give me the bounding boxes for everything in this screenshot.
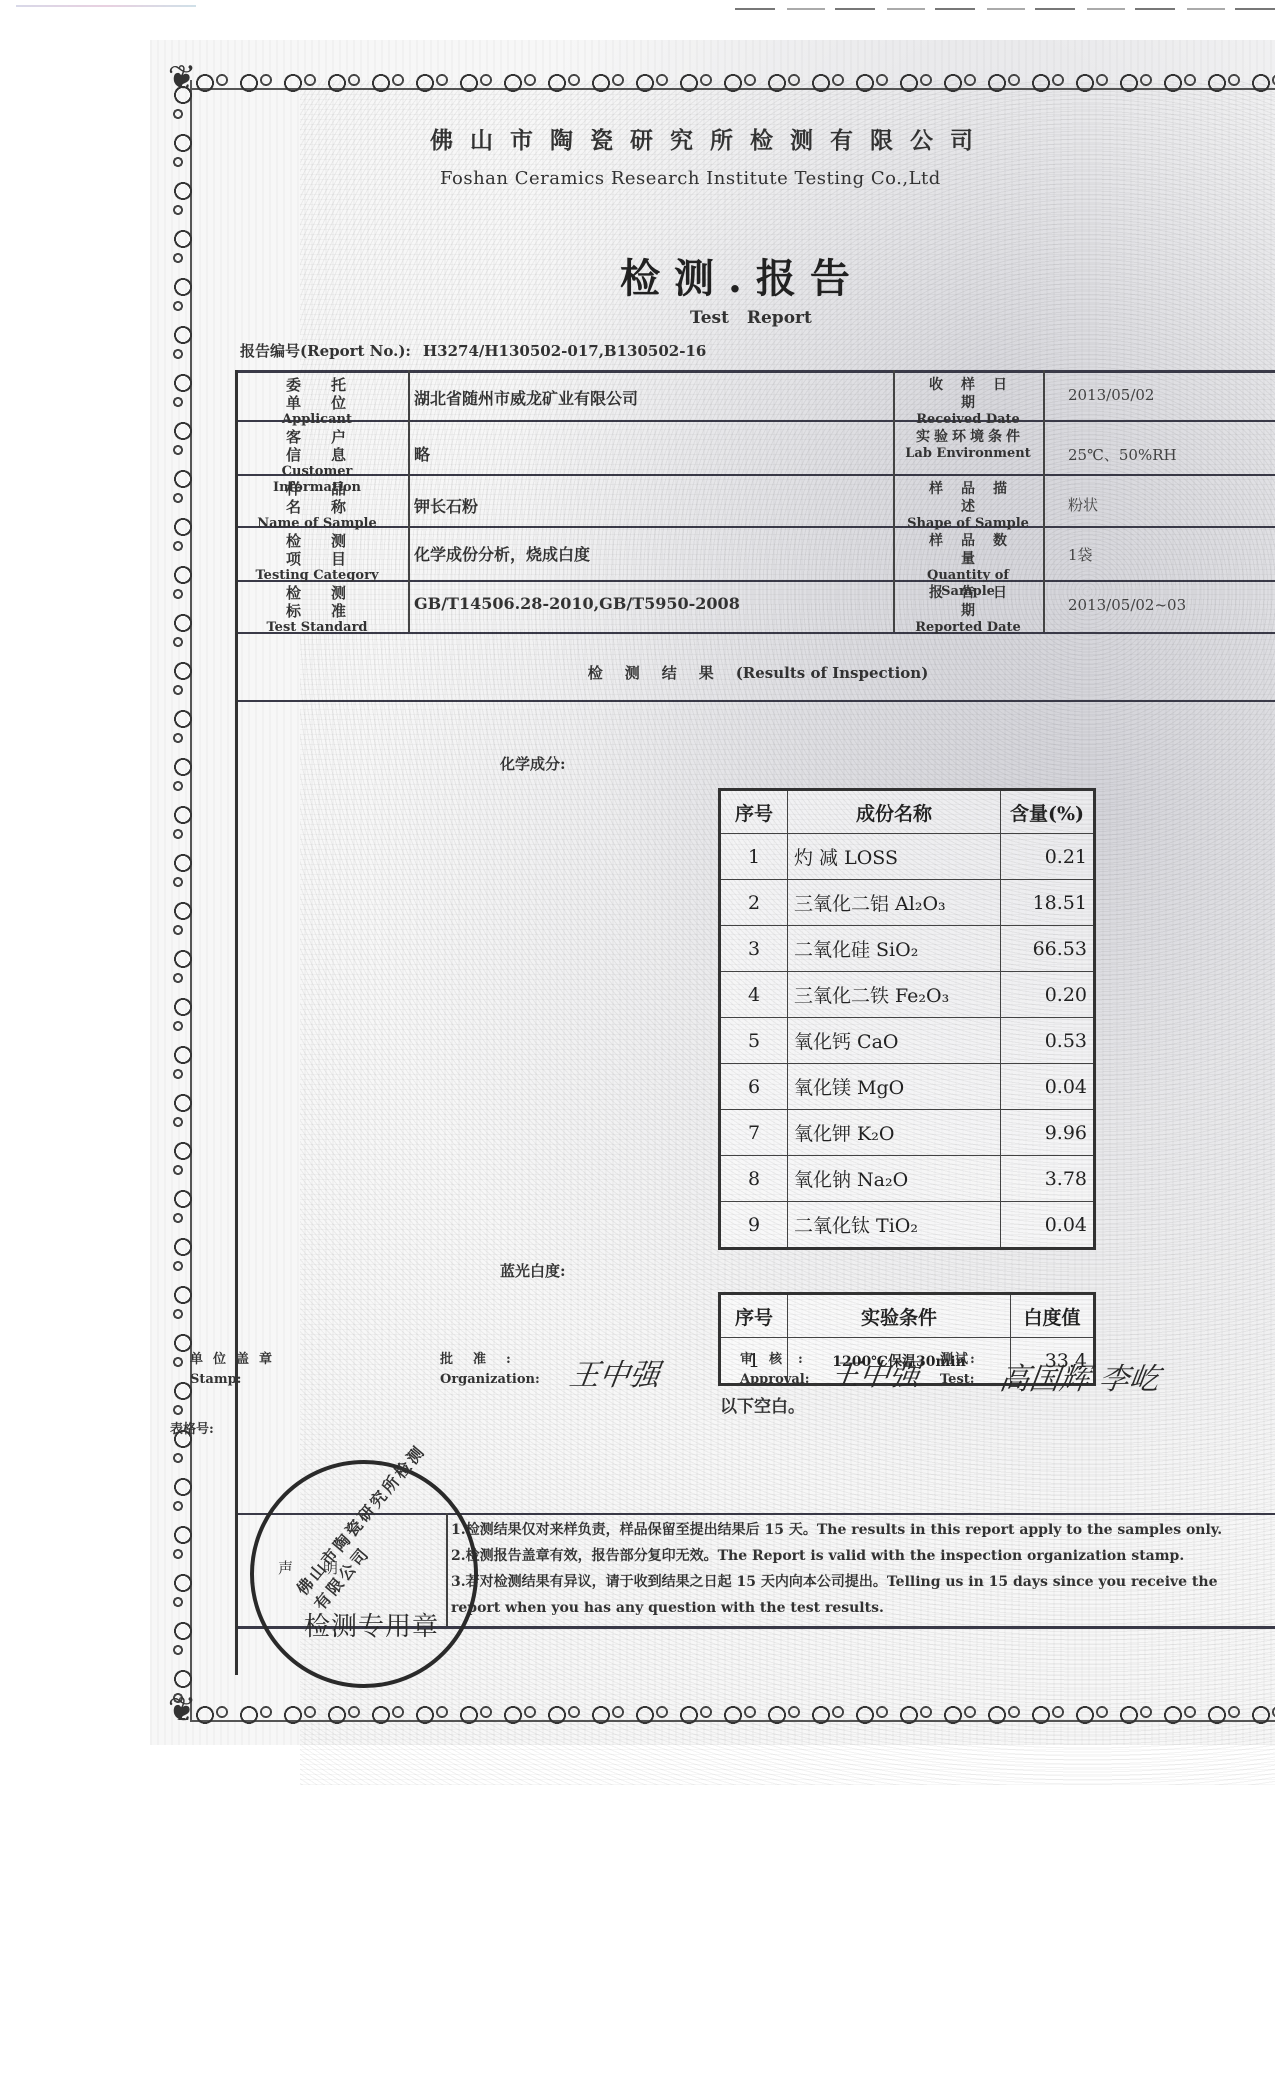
approval-label: 审核:Approval: [740, 1350, 819, 1390]
sample-name-value: 钾长石粉 [414, 494, 478, 517]
results-heading: 检测结果(Results of Inspection) [238, 662, 1275, 683]
component-name: 二氧化钛 TiO₂ [788, 1202, 1001, 1249]
content-value: 18.51 [1001, 880, 1095, 926]
sample-quantity-value: 1袋 [1068, 544, 1093, 565]
row-number: 4 [720, 972, 788, 1018]
testing-category-value: 化学成份分析，烧成白度 [414, 542, 590, 565]
column-header-component: 成份名称 [788, 790, 1001, 834]
content-value: 0.20 [1001, 972, 1095, 1018]
content-value: 0.21 [1001, 834, 1095, 880]
form-number-label: 表格号: [170, 1418, 214, 1437]
table-row: 2三氧化二铝 Al₂O₃18.51 [720, 880, 1095, 926]
chemical-composition-label: 化学成分: [500, 753, 566, 774]
row-number: 7 [720, 1110, 788, 1156]
row-number: 5 [720, 1018, 788, 1064]
declaration-line: 3.若对检测结果有异议，请于收到结果之日起 15 天内向本公司提出。Tellin… [451, 1569, 1275, 1595]
approval-signature: 王中强 [827, 1350, 923, 1394]
scan-artifact [16, 5, 196, 7]
sample-shape-value: 粉状 [1068, 494, 1098, 515]
ornamental-border-bottom [190, 1700, 1275, 1730]
column-header-condition: 实验条件 [788, 1294, 1011, 1338]
row-number: 6 [720, 1064, 788, 1110]
report-number-value: H3274/H130502-017,B130502-16 [423, 342, 706, 360]
company-name-en: Foshan Ceramics Research Institute Testi… [440, 168, 941, 189]
declaration-line: 1.检测结果仅对来样负责，样品保留至提出结果后 15 天。The results… [451, 1517, 1275, 1543]
lab-environment-value: 25℃、50%RH [1068, 444, 1177, 465]
row-number: 1 [720, 834, 788, 880]
component-name: 灼 减 LOSS [788, 834, 1001, 880]
content-value: 9.96 [1001, 1110, 1095, 1156]
declaration-line: report when you has any question with th… [451, 1595, 1275, 1621]
table-row: 8氧化钠 Na₂O3.78 [720, 1156, 1095, 1202]
stamp-label: 单位盖章Stamp: [190, 1350, 282, 1390]
report-title-en: Test Report [690, 308, 812, 328]
ornamental-border-top [190, 68, 1275, 98]
organization-signature: 王中强 [567, 1350, 663, 1394]
component-name: 氧化钙 CaO [788, 1018, 1001, 1064]
whiteness-label: 蓝光白度: [500, 1260, 566, 1281]
table-row: 5氧化钙 CaO0.53 [720, 1018, 1095, 1064]
content-value: 0.04 [1001, 1202, 1095, 1249]
component-name: 三氧化二铁 Fe₂O₃ [788, 972, 1001, 1018]
content-value: 0.53 [1001, 1018, 1095, 1064]
column-header-no: 序号 [720, 1294, 788, 1338]
row-number: 3 [720, 926, 788, 972]
column-header-no: 序号 [720, 790, 788, 834]
component-name: 氧化钾 K₂O [788, 1110, 1001, 1156]
table-row: 6氧化镁 MgO0.04 [720, 1064, 1095, 1110]
applicant-value: 湖北省随州市威龙矿业有限公司 [414, 386, 638, 409]
corner-ornament-icon: ❦ [162, 58, 202, 98]
report-number: 报告编号(Report No.):H3274/H130502-017,B1305… [240, 340, 706, 361]
received-date-value: 2013/05/02 [1068, 386, 1154, 404]
table-header-row: 序号 成份名称 含量(%) [720, 790, 1095, 834]
table-row: 4三氧化二铁 Fe₂O₃0.20 [720, 972, 1095, 1018]
chemical-composition-table: 序号 成份名称 含量(%) 1灼 减 LOSS0.212三氧化二铝 Al₂O₃1… [718, 788, 1096, 1250]
row-number: 9 [720, 1202, 788, 1249]
table-header-row: 序号 实验条件 白度值 [720, 1294, 1095, 1338]
ornamental-border-left [168, 80, 198, 1720]
table-row: 9二氧化钛 TiO₂0.04 [720, 1202, 1095, 1249]
declaration-text: 1.检测结果仅对来样负责，样品保留至提出结果后 15 天。The results… [451, 1517, 1275, 1621]
scan-artifact [735, 8, 1275, 10]
test-signature: 高国辉 李屹 [997, 1354, 1163, 1398]
row-number: 8 [720, 1156, 788, 1202]
customer-information-value: 略 [414, 442, 430, 465]
organization-label: 批准:Organization: [440, 1350, 540, 1390]
table-row: 7氧化钾 K₂O9.96 [720, 1110, 1095, 1156]
component-name: 三氧化二铝 Al₂O₃ [788, 880, 1001, 926]
column-header-content: 含量(%) [1001, 790, 1095, 834]
table-row: 3二氧化硅 SiO₂66.53 [720, 926, 1095, 972]
content-value: 66.53 [1001, 926, 1095, 972]
component-name: 氧化镁 MgO [788, 1064, 1001, 1110]
report-number-label: 报告编号(Report No.): [240, 342, 411, 360]
component-name: 二氧化硅 SiO₂ [788, 926, 1001, 972]
declaration-line: 2.检测报告盖章有效，报告部分复印无效。The Report is valid … [451, 1543, 1275, 1569]
content-value: 3.78 [1001, 1156, 1095, 1202]
report-title-cn: 检测.报告 [620, 247, 864, 304]
signature-row: 单位盖章Stamp: 批准:Organization: 王中强 审核:Appro… [150, 1350, 1275, 1430]
corner-ornament-icon: ❦ [162, 1690, 202, 1730]
stamp-center-text: 检测专用章 [304, 1606, 439, 1643]
content-value: 0.04 [1001, 1064, 1095, 1110]
official-seal-stamp: 佛山市陶瓷研究所检测有限公司 检测专用章 [250, 1460, 478, 1688]
row-number: 2 [720, 880, 788, 926]
test-standard-value: GB/T14506.28-2010,GB/T5950-2008 [414, 594, 740, 613]
column-header-whiteness: 白度值 [1011, 1294, 1095, 1338]
company-name-cn: 佛山市陶瓷研究所检测有限公司 [430, 122, 990, 155]
component-name: 氧化钠 Na₂O [788, 1156, 1001, 1202]
test-label: 测试:Test: [940, 1350, 977, 1390]
table-row: 1灼 减 LOSS0.21 [720, 834, 1095, 880]
reported-date-value: 2013/05/02~03 [1068, 596, 1186, 614]
